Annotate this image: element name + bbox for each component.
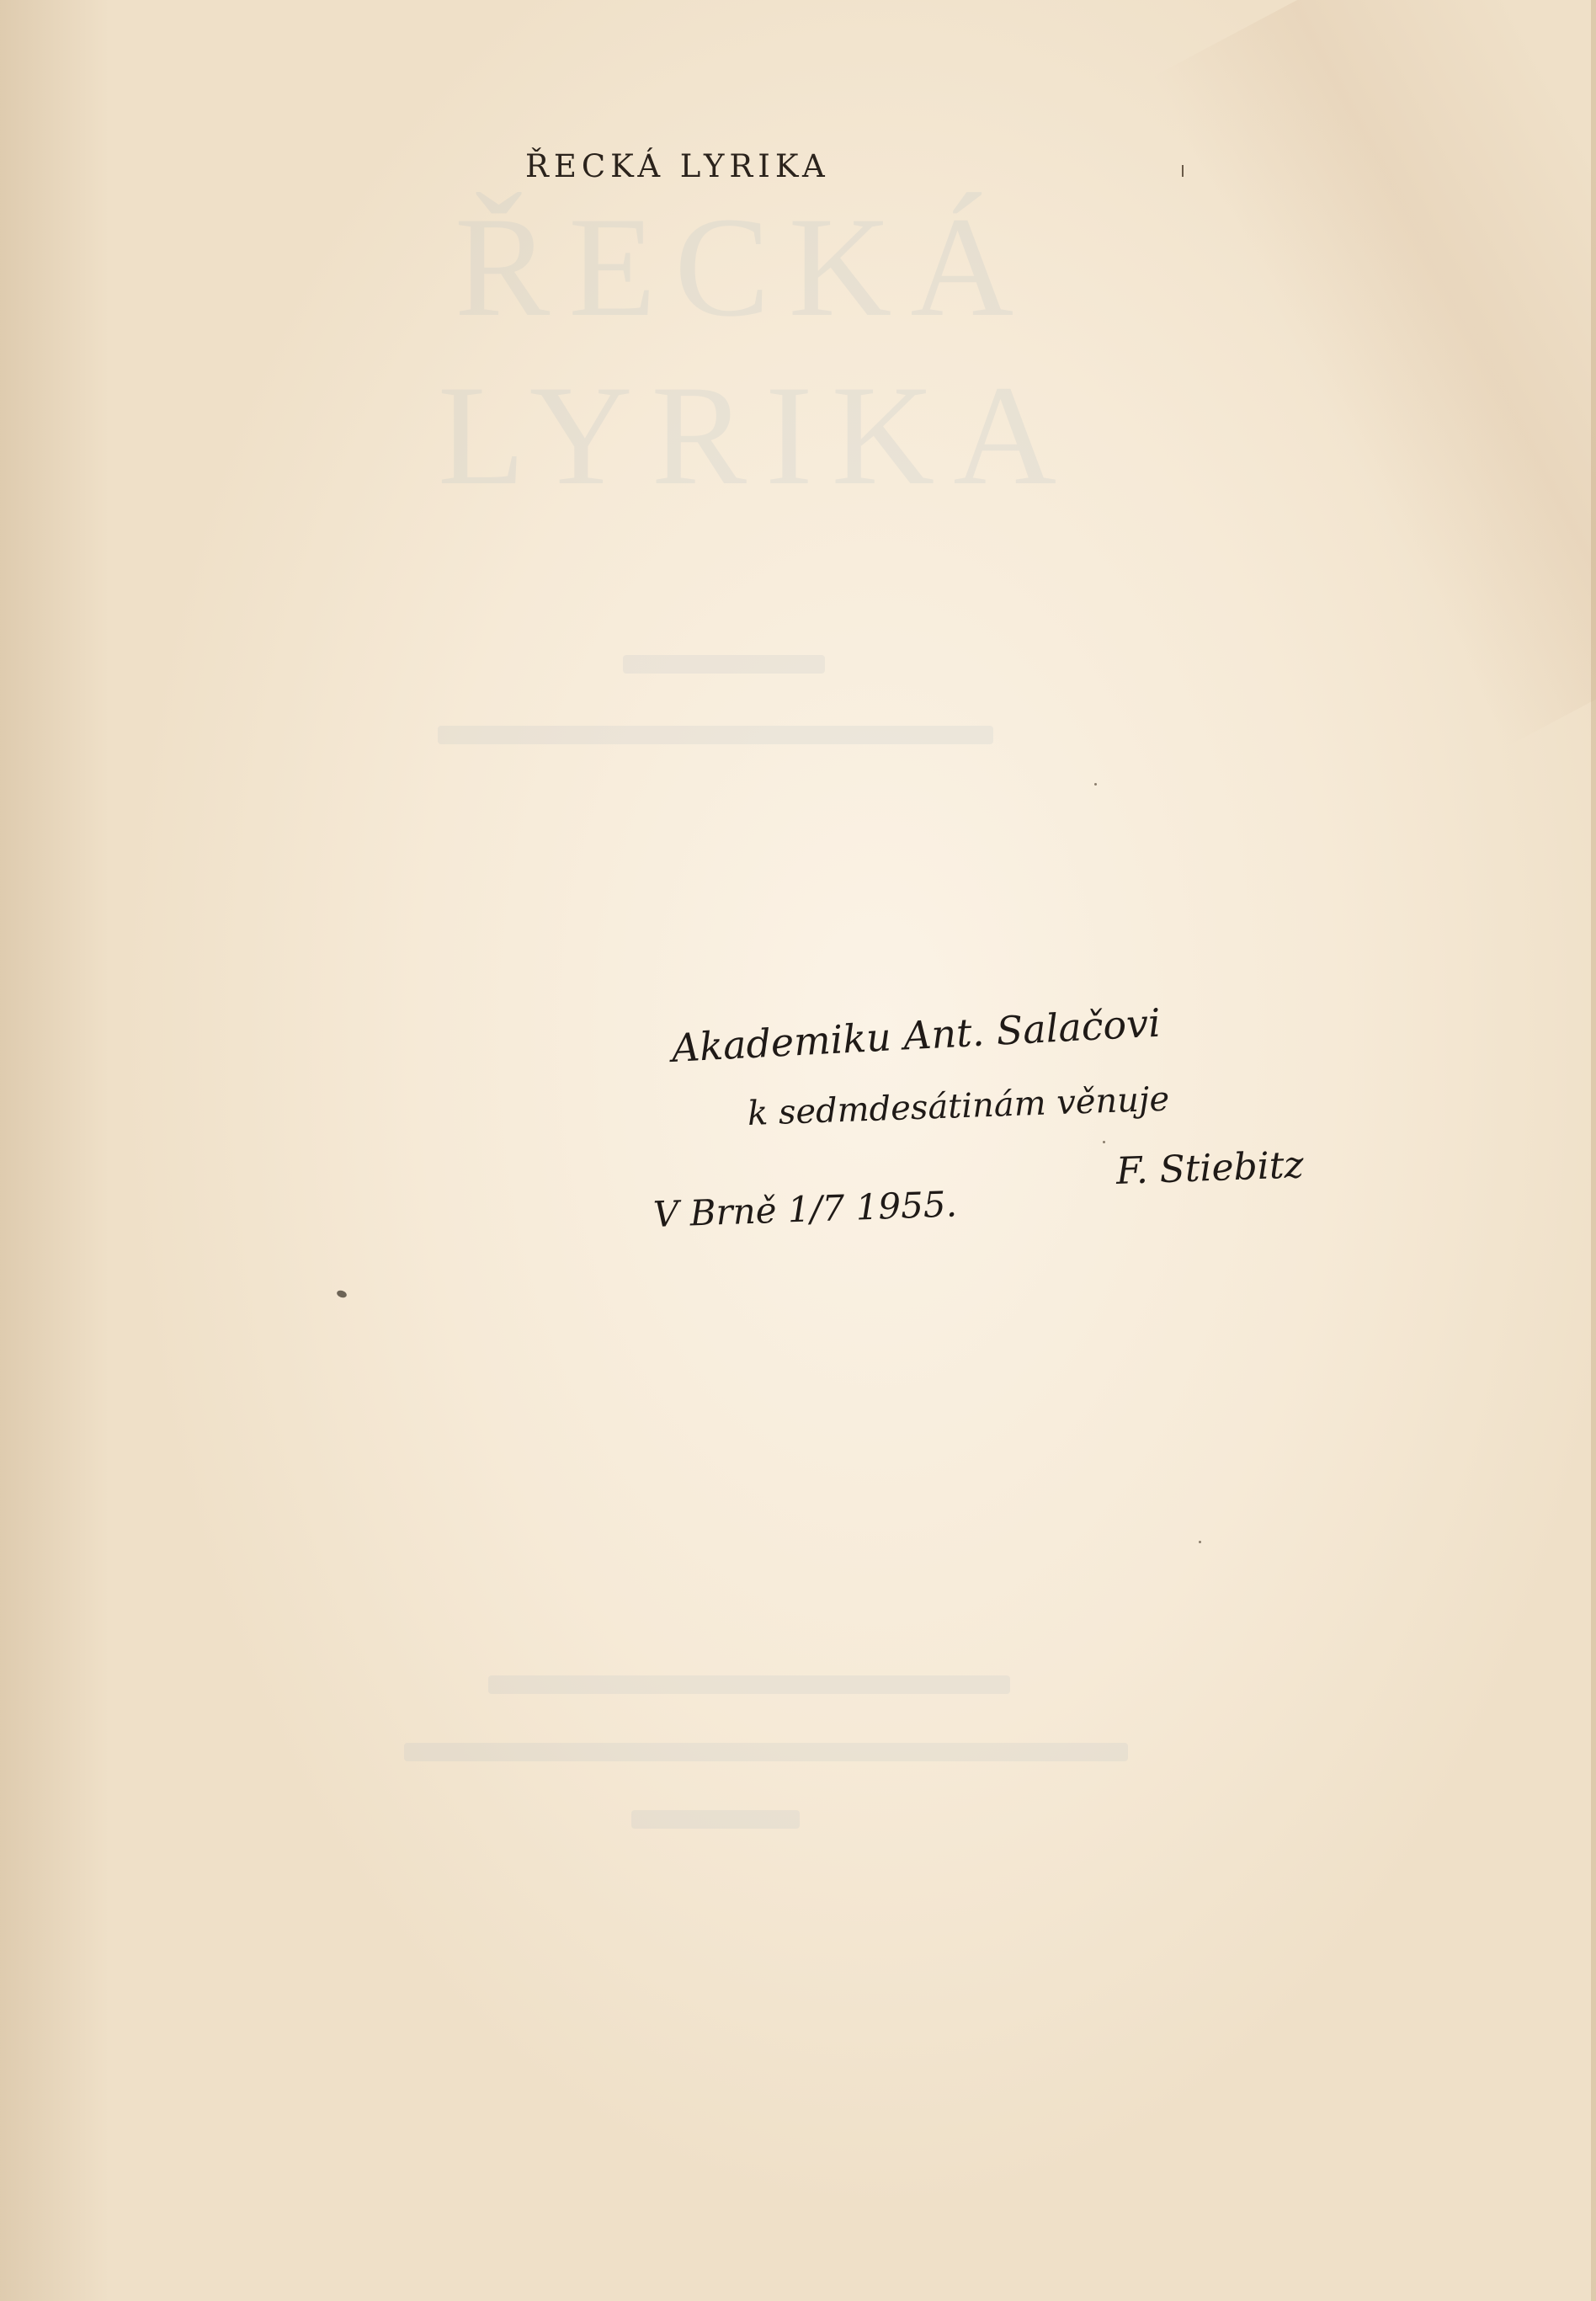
inscription-signature: F. Stiebitz — [1115, 1143, 1304, 1193]
paper-speck — [1199, 1541, 1201, 1543]
gutter-shadow — [0, 0, 109, 2301]
page-edge — [1591, 0, 1596, 2301]
paper-speck — [1094, 783, 1097, 786]
show-through-text-block — [631, 1810, 800, 1829]
paper-speck — [336, 1289, 348, 1299]
show-through-text-block — [438, 726, 993, 744]
show-through-text-block — [488, 1675, 1010, 1694]
show-through-title-line-1: ŘECKÁ — [455, 185, 976, 349]
show-through-title-line-2: LYRIKA — [438, 354, 993, 518]
inscription-dedication-line: Akademiku Ant. Salačovi — [671, 1000, 1162, 1071]
inscription-occasion-line: k sedmdesátinám věnuje — [747, 1080, 1170, 1133]
show-through-text-block — [623, 655, 825, 674]
show-through-text-block — [404, 1743, 1128, 1761]
inscription-place-date: V Brně 1/7 1955. — [652, 1183, 958, 1235]
pencil-mark — [1182, 165, 1184, 177]
paper-speck — [1103, 1141, 1105, 1143]
page-fold-shadow — [1152, 0, 1596, 746]
printed-half-title: ŘECKÁ LYRIKA — [525, 148, 830, 184]
book-page: ŘECKÁ LYRIKA ŘECKÁ LYRIKA Akademiku Ant.… — [0, 0, 1596, 2301]
